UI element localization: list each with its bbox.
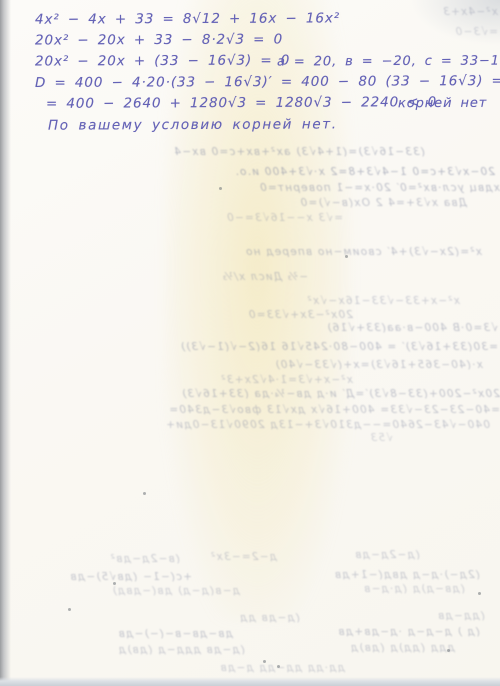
discriminant-line: D = 400 − 4·20·(33 − 16√3)′ = 400 − 80 (… (35, 73, 500, 91)
dust-speck (113, 582, 116, 585)
bleedthrough-line: дд·дд дд−дд д−дв (105, 662, 345, 674)
dust-speck (277, 665, 280, 668)
bleedthrough-line: √53 (338, 432, 393, 444)
dust-speck (478, 592, 481, 595)
bleedthrough-line: xдвц усл·вx²=0′ 20·x=−1 повернт=0 (58, 182, 500, 194)
bleedthrough-line: (д−дв ддд−д (дв)д (55, 644, 245, 656)
equation-line-2: 20x² − 20x + 33 − 8·2√3 = 0 (35, 31, 283, 48)
bleedthrough-line: (д−дв дд (190, 612, 300, 624)
bleedthrough-line: x²=(2x−√3)+4′ своим−но вперед но (62, 246, 482, 258)
dust-speck (447, 649, 450, 652)
bleedthrough-line: √3=0·В 400−в·аа(33+√16) (148, 322, 498, 334)
bleedthrough-line: =30(33+16√3)′ = 400−80·245√16 16(2−√(1−√… (92, 341, 498, 353)
bleedthrough-line: 040−√43−2640=−−д310√3+−13д 2090√13−0ди+ (118, 419, 490, 431)
bleedthrough-line: Два x√3+=4 2 Оx(в−√)=0 (62, 197, 467, 209)
bleedthrough-line: д−в(д−д) дв(−двд) (60, 585, 240, 597)
bleedthrough-line: =40−23−23−√33= 400+16√x дx√13 фво√3−д340… (92, 404, 500, 416)
bleedthrough-line: =√3−0 (432, 26, 498, 38)
bleedthrough-line: 20x²−200+(33−8√3)′=Д′ и·д дв−¼·да (33+16… (88, 388, 500, 400)
bleedthrough-line: (в−2д−дв² (60, 553, 180, 565)
bleedthrough-line: (д−2д−дв (305, 549, 420, 561)
equation-line-1: 4x² − 4x + 33 = 8√12 + 16x − 16x² (35, 10, 340, 27)
dust-speck (219, 187, 222, 190)
discriminant-result-line: = 400 − 2640 + 1280√3 = 1280√3 − 2240 < … (46, 94, 437, 112)
bleedthrough-line: =√3 x−−16√3=−0 (88, 212, 343, 224)
dust-speck (345, 255, 348, 258)
bleedthrough-line: +c(−1− (дв√5)−дв (42, 571, 192, 583)
bleedthrough-line: −⅔ Дисл x/⅓ (168, 271, 308, 283)
bleedthrough-line: (д ) д−д−д ·д−дв+дв (290, 626, 480, 638)
conclusion-line: По вашему условию корней нет. (48, 116, 338, 133)
bleedthrough-line: 20−x√3+c=0 1−4√3+8=2 x·√3+400 и.о. (65, 166, 495, 178)
scan-left-edge (0, 0, 11, 686)
bleedthrough-line: x²−x+33−√33−16x−√x² (75, 295, 460, 307)
dust-speck (68, 608, 71, 611)
bleedthrough-line: x²−x+√3=1·4√2x+3² (158, 374, 353, 386)
bleedthrough-line: ддд (дд)д (дв)д (280, 642, 455, 654)
bleedthrough-line: дв−дв−в−(−)−дв (48, 628, 233, 640)
bleedthrough-line: (дд−дв (385, 610, 485, 622)
bleedthrough-line: д−2=−3x² (185, 551, 277, 563)
scan-bottom-edge (0, 677, 500, 686)
dust-speck (263, 660, 266, 663)
bleedthrough-line: x·(40−365+16√3)=x+(√33−√40) (108, 359, 483, 371)
bleedthrough-line: (2д−)·д−д двд(−1+дв (240, 569, 480, 581)
bleedthrough-line: (дв−д)д (д·д−в (290, 583, 465, 595)
coefficients-note: a = 20, в = −20, c = 33−16√3 (277, 53, 500, 69)
scanned-math-worksheet: (33−16√3)=(1+4√3) ax²+вx+c=0 вx−4x²−4x+3… (0, 0, 500, 686)
dust-speck (143, 492, 146, 495)
bleedthrough-line: x²−4x+3 (420, 6, 498, 18)
bleedthrough-line: 20x²−3x+√33=0 (168, 309, 353, 321)
no-roots-note: корней нет (398, 96, 487, 111)
bleedthrough-line: (33−16√3)=(1+4√3) ax²+вx+c=0 вx−4 (115, 146, 425, 158)
equation-line-3: 20x² − 20x + (33 − 16√3) = 0 (35, 52, 290, 69)
